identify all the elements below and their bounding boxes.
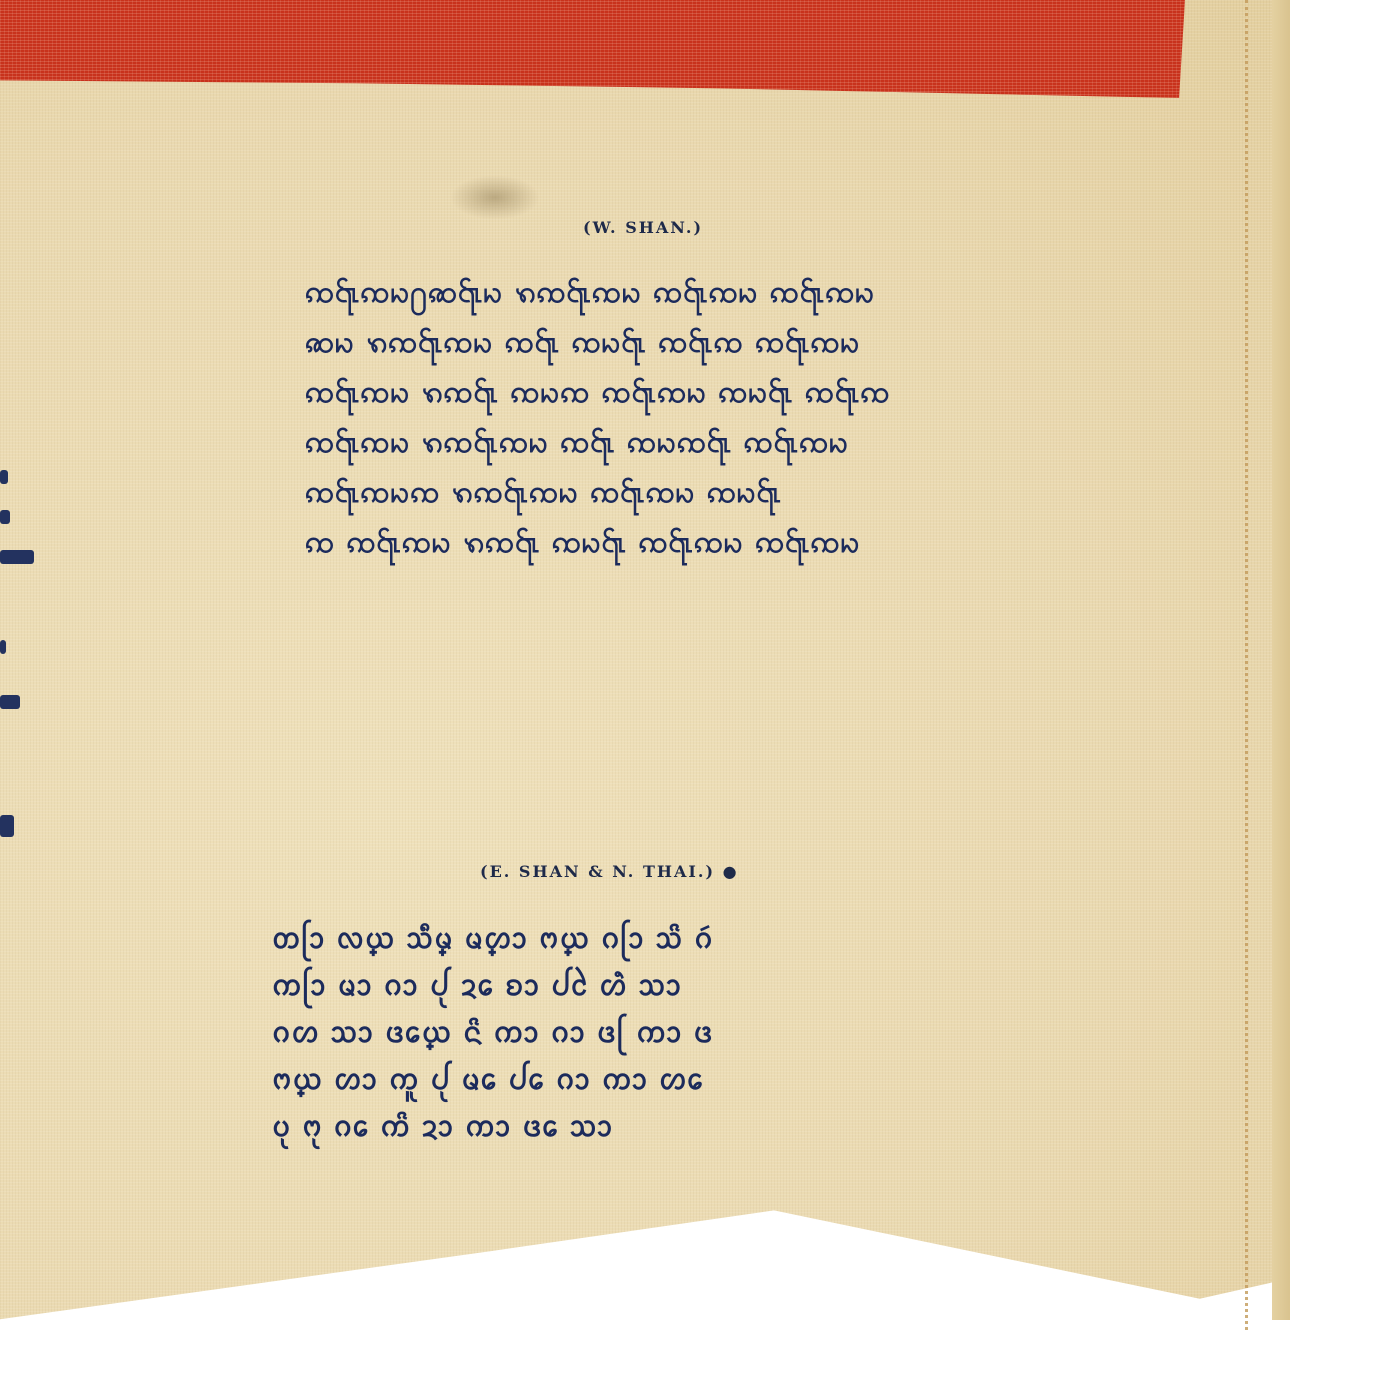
text-fragment — [0, 510, 10, 524]
west-shan-text-block: ꩡ꩷ꩡꩢ႐ꩣ꩷ꩢ ꩫꩡ꩷ꩡꩢ ꩡ꩷ꩡꩢ ꩡ꩷ꩡꩢ ꩣꩢ ꩫꩡ꩷ꩡꩢ ꩡ꩷ ꩡꩢ꩷… — [305, 268, 890, 568]
script-line: ᨷᩩ ᨻᩩ ᨣᩮ ᨠᩦ ᨯᩣ ᨠᩣ ᨴᩮ ᩈᩣ — [272, 1103, 714, 1150]
script-line: ꩣꩢ ꩫꩡ꩷ꩡꩢ ꩡ꩷ ꩡꩢ꩷ ꩡ꩷ꩡ ꩡ꩷ꩡꩢ — [305, 318, 890, 368]
text-fragment — [0, 695, 20, 709]
script-line: ꩡ ꩡ꩷ꩡꩢ ꩫꩡ꩷ ꩡꩢ꩷ ꩡ꩷ꩡꩢ ꩡ꩷ꩡꩢ — [305, 518, 890, 568]
script-line: ᨻ᩠ᨿ ᩉᩣ ᨠᩪ ᨸᩩ ᨾᩮ ᨸᩮ ᨣᩣ ᨠᩣ ᩉᩮ — [272, 1056, 714, 1103]
script-line: ꩡ꩷ꩡꩢ႐ꩣ꩷ꩢ ꩫꩡ꩷ꩡꩢ ꩡ꩷ꩡꩢ ꩡ꩷ꩡꩢ — [305, 268, 890, 318]
script-line: ᨲᩕᩣ ᩃ᩠ᨿ ᩈᩥ᩠ᨾ ᨾ᩠ᩉᩣ ᨻ᩠ᨿ ᨣᩕᩣ ᩈᩦ ᨣᩢ — [272, 915, 714, 962]
script-line: ꩡ꩷ꩡꩢꩡ ꩫꩡ꩷ꩡꩢ ꩡ꩷ꩡꩢ ꩡꩢ꩷ — [305, 468, 890, 518]
script-line: ꩡ꩷ꩡꩢ ꩫꩡ꩷ꩡꩢ ꩡ꩷ ꩡꩢꩡ꩷ ꩡ꩷ꩡꩢ — [305, 418, 890, 468]
text-fragment — [0, 640, 6, 654]
cloth-panel — [0, 0, 1290, 1360]
text-fragment — [0, 815, 14, 837]
text-fragment — [0, 550, 34, 564]
hem-stitching — [1245, 0, 1252, 1330]
script-line: ꩡ꩷ꩡꩢ ꩫꩡ꩷ ꩡꩢꩡ ꩡ꩷ꩡꩢ ꩡꩢ꩷ ꩡ꩷ꩡ — [305, 368, 890, 418]
script-line: ᨠᩕᩣ ᨾᩣ ᨣᩣ ᨸᩩ ᨯᩮ ᨧᩣ ᨸᩱ ᩉᩫ ᩈᩣ — [272, 962, 714, 1009]
section-label-east-shan-north-thai: (E. SHAN & N. THAI.) ● — [480, 862, 739, 881]
section-label-west-shan: (W. SHAN.) — [583, 218, 703, 237]
text-fragment — [0, 470, 8, 484]
script-line: ᨣᩉ ᩈᩣ ᨴᩮ᩠ᨿ ᨶᩦ ᨠᩣ ᨣᩣ ᨴᩕ ᨠᩣ ᨴ — [272, 1009, 714, 1056]
fabric-stain — [450, 175, 540, 220]
hem-edge — [1272, 0, 1290, 1320]
east-shan-text-block: ᨲᩕᩣ ᩃ᩠ᨿ ᩈᩥ᩠ᨾ ᨾ᩠ᩉᩣ ᨻ᩠ᨿ ᨣᩕᩣ ᩈᩦ ᨣᩢ ᨠᩕᩣ ᨾᩣ ᨣ… — [272, 915, 714, 1150]
